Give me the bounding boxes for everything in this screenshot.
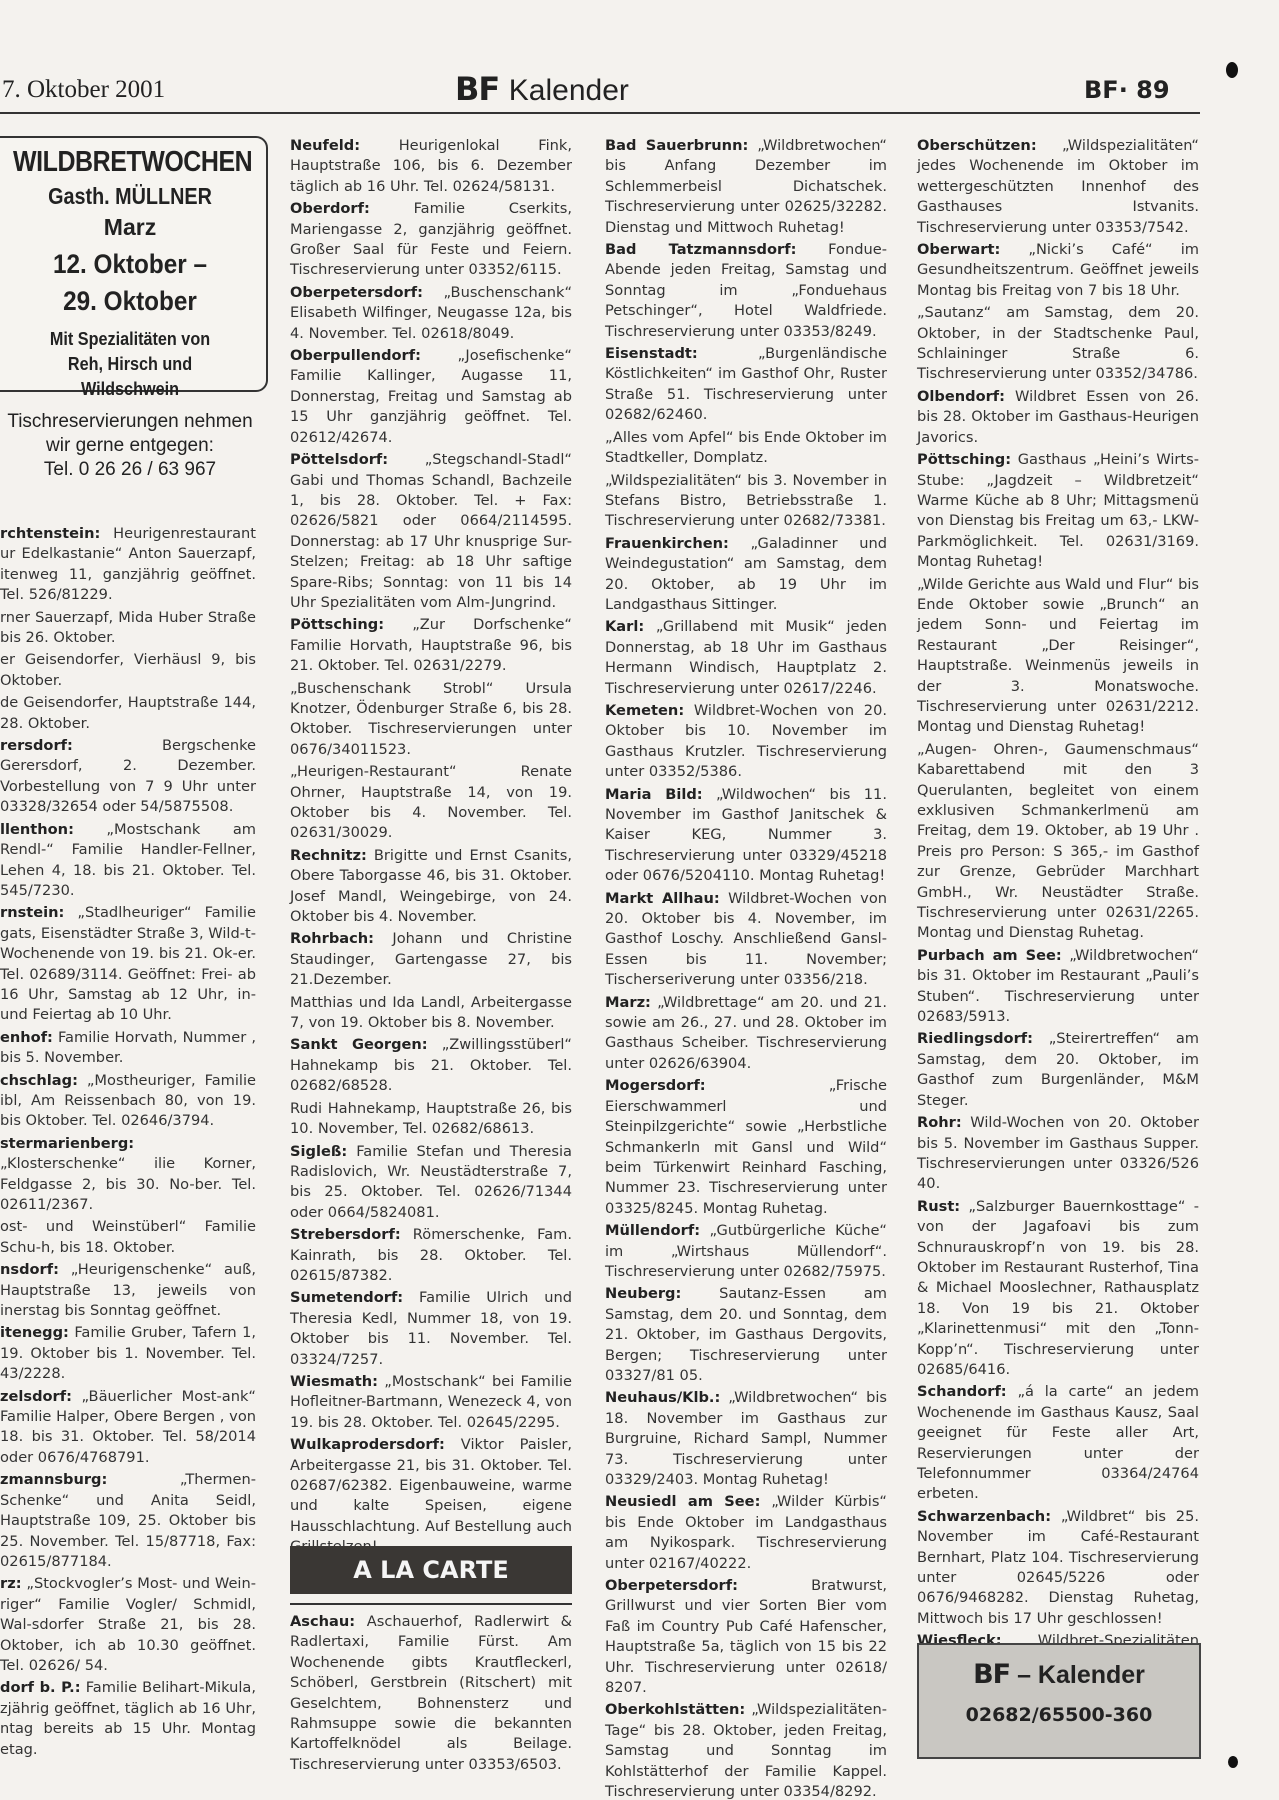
- listing-entry: Marz: „Wildbrettage“ am 20. und 21. sowi…: [605, 993, 887, 1075]
- listing-entry: Schandorf: „á la carte“ an jedem Wochene…: [917, 1382, 1199, 1504]
- listing-place: Pöttsching:: [290, 616, 384, 633]
- listing-place: Aschau:: [290, 1613, 355, 1630]
- listing-place: rersdorf:: [0, 737, 73, 754]
- ad-location: Marz: [0, 214, 266, 241]
- listing-place: Neufeld:: [290, 137, 360, 154]
- listing-entry: stermarienberg: „Klosterschenke“ ilie Ko…: [0, 1134, 256, 1216]
- listing-place: nsdorf:: [0, 1261, 59, 1278]
- listing-place: Schwarzenbach:: [917, 1508, 1051, 1525]
- listing-entry: Maria Bild: „Wildwochen“ bis 11. Novembe…: [605, 785, 887, 887]
- listing-place: Bad Sauerbrunn:: [605, 137, 748, 154]
- listing-entry: Oberpullendorf: „Josefischenke“ Familie …: [290, 346, 572, 448]
- listing-place: Mogersdorf:: [605, 1077, 706, 1094]
- listing-place: Eisenstadt:: [605, 345, 698, 362]
- issue-date: 7. Oktober 2001: [2, 76, 165, 104]
- listing-place: Maria Bild:: [605, 786, 703, 803]
- listing-text: Matthias und Ida Landl, Arbeitergasse 7,…: [290, 994, 572, 1031]
- listing-place: llenthon:: [0, 821, 74, 838]
- listing-text: „Buschenschank Strobl“ Ursula Knotzer, Ö…: [290, 680, 572, 758]
- listing-place: enhof:: [0, 1029, 53, 1046]
- listing-entry: Pöttsching: Gasthaus „Heini’s Wirts-Stub…: [917, 450, 1199, 572]
- listing-place: zmannsburg:: [0, 1471, 107, 1488]
- listing-entry: Oberdorf: Familie Cserkits, Mariengasse …: [290, 199, 572, 281]
- listing-entry: Neuhaus/Klb.: „Wildbretwochen“ bis 18. N…: [605, 1388, 887, 1490]
- listing-text: „Salzburger Bauernkosttage“ - von der Ja…: [917, 1198, 1199, 1378]
- listing-text: er Geisendorfer, Vierhäusl 9, bis Oktobe…: [0, 651, 256, 688]
- listing-entry: Markt Allhau: Wildbret-Wochen von 20. Ok…: [605, 889, 887, 991]
- listing-entry: rchtenstein: Heurigenrestaurant ur Edelk…: [0, 524, 256, 606]
- listing-place: Sigleß:: [290, 1143, 347, 1160]
- listing-place: zelsdorf:: [0, 1388, 72, 1405]
- column-1: rchtenstein: Heurigenrestaurant ur Edelk…: [0, 524, 256, 1762]
- listing-entry: „Augen- Ohren-, Gaumenschmaus“ Kabaretta…: [917, 740, 1199, 944]
- listing-place: Neuhaus/Klb.:: [605, 1389, 720, 1406]
- listing-text: „Stadlheuriger“ Familie gats, Eisenstädt…: [0, 904, 256, 1023]
- listing-entry: zmannsburg: „Thermen-Schenke“ und Anita …: [0, 1470, 256, 1572]
- listing-place: stermarienberg:: [0, 1135, 134, 1152]
- listing-entry: Rechnitz: Brigitte und Ernst Csanits, Ob…: [290, 846, 572, 928]
- listing-place: Rohr:: [917, 1114, 962, 1131]
- listing-entry: Wiesmath: „Mostschank“ bei Familie Hofle…: [290, 1372, 572, 1433]
- listing-place: rnstein:: [0, 904, 64, 921]
- listing-entry: Rudi Hahnekamp, Hauptstraße 26, bis 10. …: [290, 1099, 572, 1140]
- listing-place: Neuberg:: [605, 1285, 681, 1302]
- a-la-carte-column: Aschau: Aschauerhof, Radlerwirt & Radler…: [290, 1612, 572, 1777]
- ad-specialties-line: Reh, Hirsch und: [8, 352, 253, 377]
- listing-entry: „Wilde Gerichte aus Wald und Flur“ bis E…: [917, 575, 1199, 738]
- bf-kalender-contact-box: BF – Kalender 02682/65500-360: [917, 1643, 1201, 1759]
- listing-entry: Oberkohlstätten: „Wildspezialitäten-Tage…: [605, 1700, 887, 1800]
- page-title-text: Kalender: [509, 74, 629, 107]
- listing-entry: Oberschützen: „Wildspezialitäten“ jedes …: [917, 136, 1199, 238]
- listing-entry: rnstein: „Stadlheuriger“ Familie gats, E…: [0, 903, 256, 1025]
- scan-mark-icon: [1226, 62, 1238, 78]
- ad-reservation: Tischreservierungen nehmen wir gerne ent…: [0, 410, 266, 482]
- listing-entry: Schwarzenbach: „Wildbret“ bis 25. Novemb…: [917, 1507, 1199, 1629]
- listing-entry: ost- und Weinstüberl“ Familie Schu-h, bi…: [0, 1217, 256, 1258]
- listing-entry: llenthon: „Mostschank am Rendl-“ Familie…: [0, 820, 256, 902]
- listing-text: „Augen- Ohren-, Gaumenschmaus“ Kabaretta…: [917, 741, 1199, 942]
- listing-entry: Pöttsching: „Zur Dorfschenke“ Familie Ho…: [290, 615, 572, 676]
- column-4: Oberschützen: „Wildspezialitäten“ jedes …: [917, 136, 1199, 1694]
- listing-text: „Grillabend mit Musik“ jeden Donnerstag,…: [605, 618, 887, 696]
- listing-place: Rust:: [917, 1198, 960, 1215]
- listing-place: Oberkohlstätten:: [605, 1701, 745, 1718]
- listing-text: Rudi Hahnekamp, Hauptstraße 26, bis 10. …: [290, 1100, 572, 1137]
- listing-place: chschlag:: [0, 1072, 78, 1089]
- listing-place: Pöttelsdorf:: [290, 451, 388, 468]
- ad-specialties-line: Mit Spezialitäten von: [8, 327, 253, 352]
- listing-place: Strebersdorf:: [290, 1226, 401, 1243]
- column-3: Bad Sauerbrunn: „Wildbretwochen“ bis Anf…: [605, 136, 887, 1800]
- listing-entry: enhof: Familie Horvath, Nummer , bis 5. …: [0, 1028, 256, 1069]
- box-title-text: – Kalender: [1010, 1661, 1145, 1689]
- listing-text: „Klosterschenke“ ilie Korner, Feldgasse …: [0, 1155, 256, 1213]
- listing-place: Wulkaprodersdorf:: [290, 1436, 445, 1453]
- listing-place: Oberdorf:: [290, 200, 370, 217]
- listing-entry: „Alles vom Apfel“ bis Ende Oktober im St…: [605, 428, 887, 469]
- listing-text: „Frische Eierschwammerl und Steinpilzger…: [605, 1077, 887, 1216]
- wildbret-advertisement: WILDBRETWOCHEN Gasth. MÜLLNER Marz 12. O…: [0, 136, 268, 392]
- listing-place: Wiesmath:: [290, 1373, 378, 1390]
- listing-entry: itenegg: Familie Gruber, Tafern 1, 19. O…: [0, 1323, 256, 1384]
- listing-place: Karl:: [605, 618, 644, 635]
- listing-place: itenegg:: [0, 1324, 69, 1341]
- listing-entry: Karl: „Grillabend mit Musik“ jeden Donne…: [605, 617, 887, 699]
- listing-text: „á la carte“ an jedem Wochenende im Gast…: [917, 1383, 1199, 1502]
- listing-entry: Aschau: Aschauerhof, Radlerwirt & Radler…: [290, 1612, 572, 1775]
- listing-entry: Rohrbach: Johann und Christine Staudinge…: [290, 929, 572, 990]
- listing-entry: Riedlingsdorf: „Steirertreffen“ am Samst…: [917, 1029, 1199, 1111]
- listing-text: „Stockvogler’s Most- und Wein-riger“ Fam…: [0, 1575, 256, 1674]
- listing-entry: Eisenstadt: „Burgenländische Köstlichkei…: [605, 344, 887, 426]
- listing-entry: Rohr: Wild-Wochen von 20. Oktober bis 5.…: [917, 1113, 1199, 1195]
- listing-place: Oberschützen:: [917, 137, 1037, 154]
- column-2: Neufeld: Heurigenlokal Fink, Hauptstraße…: [290, 136, 572, 1560]
- listing-entry: de Geisendorfer, Hauptstraße 144, 28. Ok…: [0, 693, 256, 734]
- listing-place: Bad Tatzmannsdorf:: [605, 241, 796, 258]
- listing-entry: Purbach am See: „Wildbretwochen“ bis 31.…: [917, 946, 1199, 1028]
- box-title: BF – Kalender: [919, 1659, 1199, 1690]
- listing-entry: dorf b. P.: Familie Belihart-Mikula, zjä…: [0, 1678, 256, 1760]
- listing-place: Sumetendorf:: [290, 1289, 403, 1306]
- listing-entry: rner Sauerzapf, Mida Huber Straße bis 26…: [0, 608, 256, 649]
- listing-entry: Müllendorf: „Gutbürgerliche Küche“ im „W…: [605, 1221, 887, 1282]
- page-number: BF· 89: [1084, 76, 1170, 104]
- listing-entry: Neuberg: Sautanz-Essen am Samstag, dem 2…: [605, 1284, 887, 1386]
- listing-place: dorf b. P.:: [0, 1679, 81, 1696]
- listing-text: „Heurigen-Restaurant“ Renate Ohrner, Hau…: [290, 763, 572, 841]
- listing-place: Oberpetersdorf:: [290, 284, 423, 301]
- listing-entry: Neufeld: Heurigenlokal Fink, Hauptstraße…: [290, 136, 572, 197]
- listing-entry: Oberwart: „Nicki’s Café“ im Gesundheitsz…: [917, 240, 1199, 301]
- listing-place: rz:: [0, 1575, 22, 1592]
- listing-text: Gasthaus „Heini’s Wirts-Stube: „Jagdzeit…: [917, 451, 1199, 570]
- listing-text: „Wildspezialitäten“ bis 3. November in S…: [605, 472, 887, 530]
- ad-phone: Tel. 0 26 26 / 63 967: [0, 458, 266, 482]
- listing-entry: Neusiedl am See: „Wilder Kürbis“ bis End…: [605, 1492, 887, 1574]
- listing-entry: Matthias und Ida Landl, Arbeitergasse 7,…: [290, 993, 572, 1034]
- listing-entry: er Geisendorfer, Vierhäusl 9, bis Oktobe…: [0, 650, 256, 691]
- listing-text: „Stegschandl-Stadl“ Gabi und Thomas Scha…: [290, 451, 572, 611]
- listing-place: Rohrbach:: [290, 930, 374, 947]
- page-title: BF Kalender: [455, 70, 629, 108]
- ad-date-start: 12. Oktober –: [8, 249, 253, 280]
- listing-place: Müllendorf:: [605, 1222, 700, 1239]
- listing-text: Aschauerhof, Radlerwirt & Radlertaxi, Fa…: [290, 1613, 572, 1773]
- listing-entry: Bad Sauerbrunn: „Wildbretwochen“ bis Anf…: [605, 136, 887, 238]
- listing-place: Oberpullendorf:: [290, 347, 421, 364]
- listing-text: „Wilde Gerichte aus Wald und Flur“ bis E…: [917, 576, 1199, 736]
- ad-date-end: 29. Oktober: [8, 286, 253, 317]
- listing-entry: „Heurigen-Restaurant“ Renate Ohrner, Hau…: [290, 762, 572, 844]
- section-heading-a-la-carte: A LA CARTE: [290, 1546, 572, 1594]
- listing-place: Schandorf:: [917, 1383, 1007, 1400]
- page-header: 7. Oktober 2001 BF Kalender BF· 89: [0, 70, 1200, 112]
- ad-headline: WILDBRETWOCHEN: [13, 146, 247, 179]
- ad-specialties-line: Wildschwein: [8, 377, 253, 402]
- listing-entry: Kemeten: Wildbret-Wochen von 20. Oktober…: [605, 701, 887, 783]
- listing-entry: chschlag: „Mostheuriger, Familie ibl, Am…: [0, 1071, 256, 1132]
- listing-entry: Strebersdorf: Römerschenke, Fam. Kainrat…: [290, 1225, 572, 1286]
- box-phone: 02682/65500-360: [919, 1704, 1199, 1726]
- bf-logo: BF: [973, 1659, 1010, 1690]
- listing-text: ost- und Weinstüberl“ Familie Schu-h, bi…: [0, 1218, 256, 1255]
- listing-entry: Sankt Georgen: „Zwillingsstüberl“ Hahnek…: [290, 1035, 572, 1096]
- listing-place: Kemeten:: [605, 702, 684, 719]
- ad-reservation-line: wir gerne entgegen:: [0, 434, 266, 458]
- listing-entry: Frauenkirchen: „Galadinner und Weindegus…: [605, 534, 887, 616]
- ad-specialties: Mit Spezialitäten von Reh, Hirsch und Wi…: [8, 327, 253, 402]
- listing-place: Frauenkirchen:: [605, 535, 729, 552]
- listing-place: Markt Allhau:: [605, 890, 720, 907]
- bf-logo: BF: [455, 70, 499, 108]
- listing-entry: Rust: „Salzburger Bauernkosttage“ - von …: [917, 1197, 1199, 1381]
- listing-place: Sankt Georgen:: [290, 1036, 428, 1053]
- listing-text: „Sautanz“ am Samstag, dem 20. Oktober, i…: [917, 304, 1199, 382]
- listing-text: „Wildbret“ bis 25. November im Café-Rest…: [917, 1508, 1199, 1627]
- listing-entry: „Wildspezialitäten“ bis 3. November in S…: [605, 471, 887, 532]
- listing-entry: „Buschenschank Strobl“ Ursula Knotzer, Ö…: [290, 679, 572, 761]
- listing-text: de Geisendorfer, Hauptstraße 144, 28. Ok…: [0, 694, 256, 731]
- listing-place: Riedlingsdorf:: [917, 1030, 1033, 1047]
- listing-text: Bratwurst, Grillwurst und vier Sorten Bi…: [605, 1577, 887, 1696]
- listing-text: „Alles vom Apfel“ bis Ende Oktober im St…: [605, 429, 887, 466]
- scan-mark-icon: [1228, 1756, 1238, 1768]
- ad-reservation-line: Tischreservierungen nehmen: [0, 410, 266, 434]
- ad-restaurant: Gasth. MÜLLNER: [13, 183, 247, 210]
- listing-place: Rechnitz:: [290, 847, 367, 864]
- listing-text: rner Sauerzapf, Mida Huber Straße bis 26…: [0, 609, 256, 646]
- listing-entry: zelsdorf: „Bäuerlicher Most-ank“ Familie…: [0, 1387, 256, 1469]
- listing-entry: Pöttelsdorf: „Stegschandl-Stadl“ Gabi un…: [290, 450, 572, 613]
- listing-entry: nsdorf: „Heurigenschenke“ auß, Hauptstra…: [0, 1260, 256, 1321]
- listing-entry: Sumetendorf: Familie Ulrich und Theresia…: [290, 1288, 572, 1370]
- listing-entry: Mogersdorf: „Frische Eierschwammerl und …: [605, 1076, 887, 1219]
- listing-entry: „Sautanz“ am Samstag, dem 20. Oktober, i…: [917, 303, 1199, 385]
- listing-text: Viktor Paisler, Arbeitergasse 21, bis 31…: [290, 1436, 572, 1555]
- listing-place: Oberwart:: [917, 241, 1000, 258]
- listing-place: rchtenstein:: [0, 525, 100, 542]
- listing-place: Marz:: [605, 994, 651, 1011]
- listing-entry: Oberpetersdorf: „Buschenschank“ Elisabet…: [290, 283, 572, 344]
- listing-place: Olbendorf:: [917, 388, 1005, 405]
- listing-entry: Olbendorf: Wildbret Essen von 26. bis 28…: [917, 387, 1199, 448]
- listing-place: Neusiedl am See:: [605, 1493, 760, 1510]
- listing-place: Pöttsching:: [917, 451, 1011, 468]
- listing-entry: rz: „Stockvogler’s Most- und Wein-riger“…: [0, 1574, 256, 1676]
- section-rule: [290, 1603, 572, 1605]
- listing-entry: Bad Tatzmannsdorf: Fondue-Abende jeden F…: [605, 240, 887, 342]
- listing-entry: Sigleß: Familie Stefan und Theresia Radi…: [290, 1142, 572, 1224]
- header-rule: [0, 112, 1200, 114]
- listing-entry: Wulkaprodersdorf: Viktor Paisler, Arbeit…: [290, 1435, 572, 1557]
- listing-place: Purbach am See:: [917, 947, 1062, 964]
- listing-place: Oberpetersdorf:: [605, 1577, 738, 1594]
- listing-entry: Oberpetersdorf: Bratwurst, Grillwurst un…: [605, 1576, 887, 1698]
- listing-entry: rersdorf: Bergschenke Gerersdorf, 2. Dez…: [0, 736, 256, 818]
